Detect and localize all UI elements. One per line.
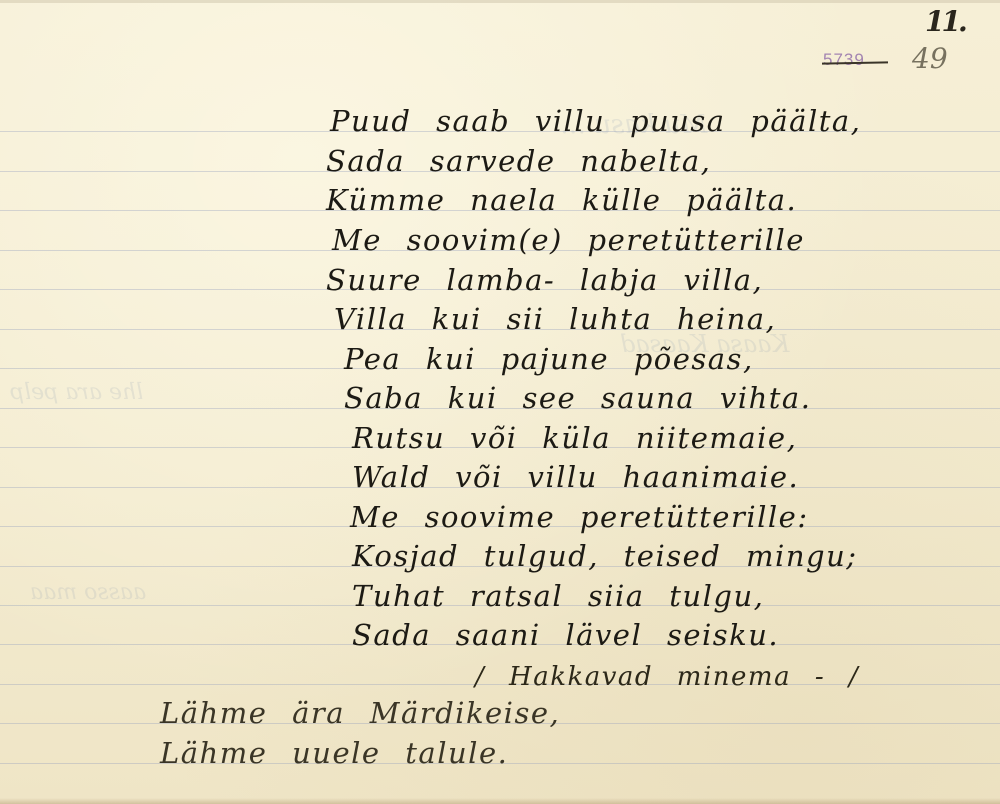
- verse-line-8: Saba kui see sauna vihta.: [344, 381, 811, 415]
- manuscript-page: Mu kasu … Kaasa Kaasad lhe ara pelp aass…: [0, 0, 1000, 804]
- bleed-through-text: lhe ara pelp: [10, 380, 143, 405]
- verse-line-4: Me soovim(e) peretütterille: [332, 223, 805, 257]
- verse-line-6: Villa kui sii luhta heina,: [334, 302, 776, 336]
- verse-line-10: Wald või villu haanimaie.: [352, 460, 799, 494]
- stage-direction-note: / Hakkavad minema - /: [475, 662, 859, 692]
- verse-line-1: Puud saab villu puusa päälta,: [330, 104, 861, 138]
- verse-line-12: Kosjad tulgud, teised mingu;: [352, 539, 858, 573]
- verse-line-14: Sada saani lävel seisku.: [352, 618, 779, 652]
- verse-line-13: Tuhat ratsal siia tulgu,: [352, 579, 764, 613]
- verse-line-5: Suure lamba- labja villa,: [326, 263, 763, 297]
- page-number-top: 11.: [925, 5, 965, 38]
- verse-line-11: Me soovime peretütterille:: [350, 500, 809, 534]
- verse-line-2: Sada sarvede nabelta,: [326, 144, 711, 178]
- bleed-through-text: aasso maa: [30, 580, 146, 605]
- verse-line-15: Lähme ära Märdikeise,: [160, 696, 560, 730]
- verse-line-9: Rutsu või küla niitemaie,: [352, 421, 797, 455]
- verse-line-7: Pea kui pajune põesas,: [344, 342, 754, 376]
- verse-line-16: Lähme uuele talule.: [160, 736, 508, 770]
- page-number-bottom: 49: [912, 42, 948, 75]
- verse-line-3: Kümme naela külle päälta.: [326, 183, 797, 217]
- archive-stamp: 5739: [823, 50, 865, 70]
- paper-top-edge: [0, 0, 1000, 3]
- paper-bottom-edge: [0, 798, 1000, 804]
